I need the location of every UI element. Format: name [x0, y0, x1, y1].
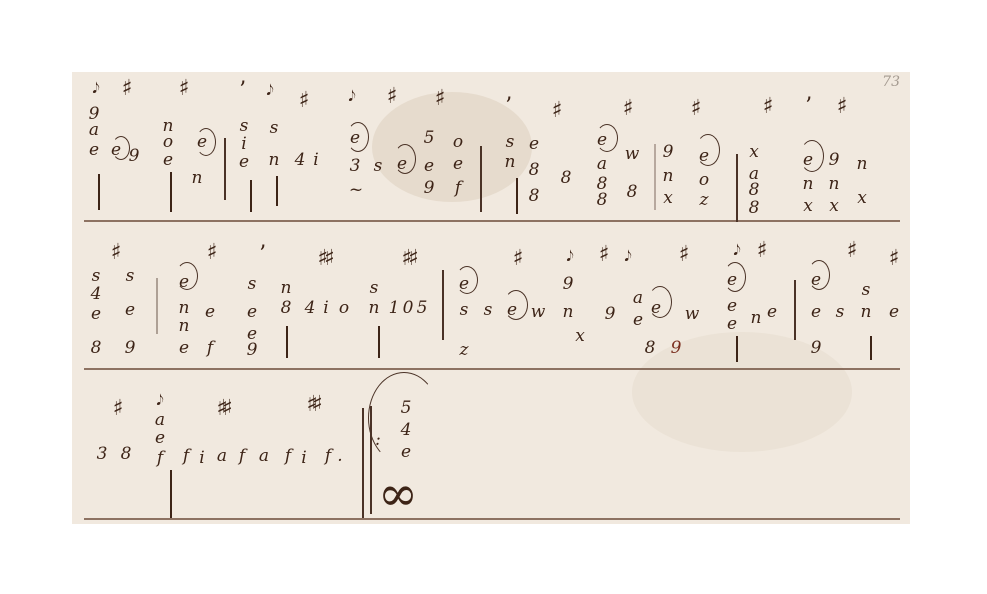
tab-letter: 8 [749, 200, 760, 217]
slur-mark [648, 286, 672, 318]
tab-letter: 9 [563, 276, 574, 293]
tab-letter: 9 [671, 340, 682, 357]
tab-letter: e [811, 304, 821, 321]
tab-letter: e [727, 316, 737, 333]
rhythm-sign: ♯ [387, 86, 398, 108]
tab-letter: o [699, 172, 709, 189]
tab-letter: n [192, 170, 203, 187]
tab-letter: s [126, 268, 135, 285]
tab-letter: e [179, 340, 189, 357]
rhythm-sign: ♯ [889, 248, 900, 270]
tab-letter: i [199, 450, 204, 467]
rhythm-sign: ♯♯ [317, 248, 330, 270]
stem [286, 326, 288, 358]
tab-letter: 9 [663, 144, 674, 161]
rhythm-sign: ʼ [239, 80, 246, 102]
tab-letter: e [155, 430, 165, 447]
tab-letter: x [575, 328, 585, 345]
slur-mark [808, 260, 830, 290]
tab-letter: 9 [129, 148, 140, 165]
tab-letter: w [625, 146, 640, 163]
tab-letter: x [829, 198, 839, 215]
tab-letter: . [337, 448, 342, 465]
rhythm-sign: 𝆕 [566, 244, 573, 266]
tab-letter: n [269, 152, 280, 169]
tab-letter: x [803, 198, 813, 215]
slur-mark [596, 124, 618, 152]
tab-letter: e [633, 312, 643, 329]
rhythm-sign: ♯ [837, 96, 848, 118]
rhythm-sign: ♯ [691, 98, 702, 120]
tab-letter: 9 [125, 340, 136, 357]
tab-letter: s [506, 134, 515, 151]
rhythm-sign: 𝆕 [266, 78, 273, 100]
tab-letter: f [325, 448, 331, 465]
tab-letter: f [455, 180, 461, 197]
tab-letter: e [89, 142, 99, 159]
rhythm-sign: ♯ [552, 100, 563, 122]
tab-letter: 5 [424, 130, 435, 147]
tab-letter: ~ [349, 182, 363, 199]
slur-mark [394, 144, 416, 174]
tab-letter: x [749, 144, 759, 161]
rhythm-sign: ♯♯ [216, 398, 227, 420]
tab-letter: 8 [561, 170, 572, 187]
rhythm-sign: ♯ [847, 240, 858, 262]
tab-letter: 9 [811, 340, 822, 357]
rhythm-sign: ♯ [111, 242, 122, 264]
tab-letter: a [155, 412, 165, 429]
tab-letter: i [301, 450, 306, 467]
tab-letter: o [339, 300, 349, 317]
rhythm-sign: ♯ [679, 244, 690, 266]
final-flourish-arc [368, 372, 440, 464]
tab-letter: o [163, 134, 173, 151]
system-rule-2 [84, 368, 900, 370]
tab-letter: 8 [281, 300, 292, 317]
stem [276, 176, 278, 206]
slur-mark [800, 140, 824, 172]
tab-letter: s [484, 302, 493, 319]
tab-letter: s [836, 304, 845, 321]
tab-letter: 9 [605, 306, 616, 323]
final-flourish-icon: ∞ [378, 466, 418, 522]
barline [654, 144, 656, 210]
tab-letter: 9 [829, 152, 840, 169]
slur-mark [347, 122, 369, 152]
tab-letter: 3 [97, 446, 108, 463]
rhythm-sign: ʼ [505, 96, 512, 118]
tab-letter: f [157, 450, 163, 467]
barline [794, 280, 796, 340]
tab-letter: e [453, 156, 463, 173]
tab-letter: f [183, 448, 189, 465]
tab-letter: 4 [295, 152, 306, 169]
tab-letter: 9 [424, 180, 435, 197]
tab-letter: 8 [529, 188, 540, 205]
tab-letter: 5 [417, 300, 428, 317]
tab-letter: w [685, 306, 700, 323]
rhythm-sign: ♯ [435, 88, 446, 110]
tab-letter: s [370, 280, 379, 297]
tab-letter: e [727, 298, 737, 315]
tab-letter: 8 [645, 340, 656, 357]
tab-letter: e [239, 154, 249, 171]
rhythm-sign: ♯ [113, 398, 124, 420]
manuscript-page: 73 𝆕 ♯ ♯ ʼ 𝆕 ♯ 𝆕 ♯ ♯ ʼ ♯ ♯ ♯ ♯ ʼ ♯ 9 a e… [72, 72, 910, 524]
rhythm-sign: ♯ [207, 242, 218, 264]
tab-letter: n [281, 280, 292, 297]
slur-mark [112, 136, 130, 160]
rhythm-sign: ♯ [513, 248, 520, 270]
page-number: 73 [882, 74, 900, 90]
rhythm-sign: 𝆕 [156, 388, 163, 410]
tab-letter: 8 [749, 182, 760, 199]
tab-letter: x [663, 190, 673, 207]
rhythm-sign: 𝆕 [348, 84, 355, 106]
tab-letter: 1 [389, 300, 400, 317]
tab-letter: n [829, 176, 840, 193]
tab-letter: 3 [350, 158, 361, 175]
tab-letter: e [125, 302, 135, 319]
rhythm-sign: ♯ [623, 98, 634, 120]
stem [516, 178, 518, 214]
barline [480, 146, 482, 212]
system-rule-3 [84, 518, 900, 520]
tab-letter: e [247, 304, 257, 321]
rhythm-sign: 𝆕 [92, 76, 99, 98]
tab-letter: f [239, 448, 245, 465]
tab-letter: w [531, 304, 546, 321]
tab-letter: f [207, 340, 213, 357]
tab-letter: s [460, 302, 469, 319]
rhythm-sign: ʼ [259, 244, 266, 266]
tab-letter: i [241, 136, 246, 153]
tab-letter: f [285, 448, 291, 465]
slur-mark [724, 262, 746, 292]
tab-letter: n [803, 176, 814, 193]
tab-letter: o [453, 134, 463, 151]
slur-mark [504, 290, 528, 320]
tab-letter: e [767, 304, 777, 321]
rhythm-sign: 𝆕 [733, 238, 740, 260]
tab-letter: a [633, 290, 643, 307]
tab-letter: z [700, 192, 709, 209]
tab-letter: n [563, 304, 574, 321]
tab-letter: e [889, 304, 899, 321]
tab-letter: a [217, 448, 227, 465]
stem [378, 326, 380, 358]
rhythm-sign: ♯♯ [306, 394, 317, 416]
tab-letter: n [179, 318, 190, 335]
tab-letter: 9 [247, 342, 258, 359]
stem [170, 172, 172, 212]
rhythm-sign: ♯ [179, 78, 190, 100]
barline [736, 154, 738, 222]
stem [870, 336, 872, 360]
tab-letter: i [313, 152, 318, 169]
tab-letter: n [857, 156, 868, 173]
rhythm-sign: ♯ [122, 78, 133, 100]
rhythm-sign: ♯ [757, 240, 768, 262]
tab-letter: n [663, 168, 674, 185]
tab-letter: 8 [121, 446, 132, 463]
tab-letter: e [424, 158, 434, 175]
tab-letter: s [92, 268, 101, 285]
tab-letter: e [529, 136, 539, 153]
tab-letter: n [505, 154, 516, 171]
slur-mark [176, 262, 198, 290]
rhythm-sign: ♯ [299, 90, 310, 112]
tab-letter: n [751, 310, 762, 327]
tab-letter: e [205, 304, 215, 321]
slur-mark [456, 266, 478, 294]
tab-letter: a [259, 448, 269, 465]
rhythm-sign: ʼ [805, 96, 812, 118]
barline [224, 138, 226, 200]
barline [156, 278, 158, 334]
tab-letter: s [240, 118, 249, 135]
tab-letter: 4 [91, 286, 102, 303]
stem [736, 336, 738, 362]
tab-letter: s [270, 120, 279, 137]
stem [250, 180, 252, 212]
tab-letter: n [861, 304, 872, 321]
tab-letter: n [369, 300, 380, 317]
system-rule-1 [84, 220, 900, 222]
stem [98, 174, 100, 210]
tab-letter: 8 [627, 184, 638, 201]
tab-letter: e [91, 306, 101, 323]
slur-mark [196, 128, 216, 156]
tab-letter: n [179, 300, 190, 317]
barline [442, 270, 444, 340]
tab-letter: z [460, 342, 469, 359]
tab-letter: s [374, 158, 383, 175]
tab-letter: i [323, 300, 328, 317]
rhythm-sign: ♯ [763, 96, 774, 118]
tab-letter: 8 [529, 162, 540, 179]
tab-letter: x [857, 190, 867, 207]
tab-letter: 8 [91, 340, 102, 357]
rhythm-sign: ♯♯ [401, 248, 414, 270]
tab-letter: s [862, 282, 871, 299]
tab-letter: 4 [305, 300, 316, 317]
rhythm-sign: 𝆕 [624, 244, 631, 266]
tab-letter: e [163, 152, 173, 169]
rhythm-sign: ♯ [599, 244, 610, 266]
tab-letter: a [597, 156, 607, 173]
final-double-barline [362, 408, 364, 518]
tab-letter: a [89, 122, 99, 139]
tab-letter: s [248, 276, 257, 293]
slur-mark [696, 134, 720, 166]
tab-letter: 0 [403, 300, 414, 317]
stem [170, 470, 172, 518]
tab-letter: 8 [597, 192, 608, 209]
